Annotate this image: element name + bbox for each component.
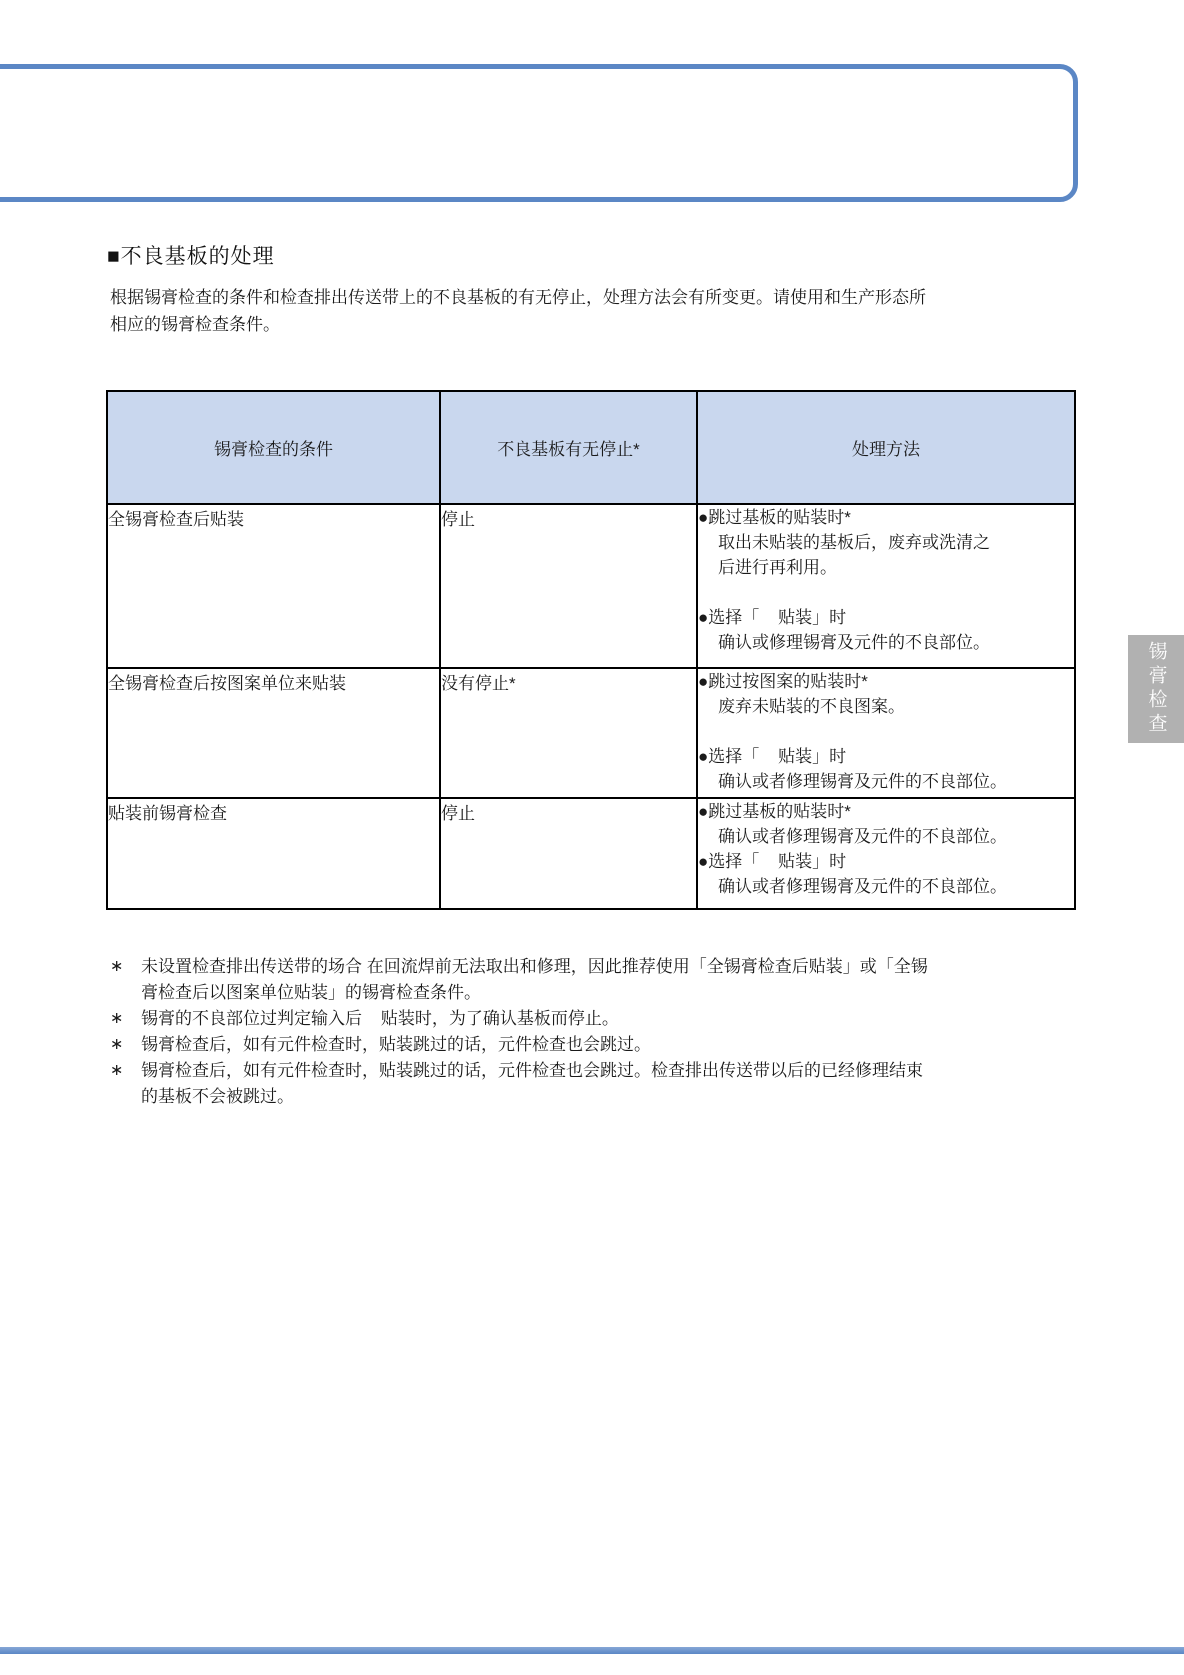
intro-line: 根据锡膏检查的条件和检查排出传送带上的不良基板的有无停止，处理方法会有所变更。请… (110, 284, 1020, 311)
text-line: 确认或修理锡膏及元件的不良部位。 (698, 630, 1074, 655)
text-line: ●选择「 贴装」时 (698, 744, 1074, 769)
cell-condition: 全锡膏检查后按图案单位来贴装 (107, 668, 440, 798)
text-line: ●跳过基板的贴装时* (698, 505, 1074, 530)
header-cell-stop: 不良基板有无停止* (440, 391, 697, 504)
text-line: 锡膏检查后，如有元件检查时，贴装跳过的话，元件检查也会跳过。 (141, 1032, 1026, 1058)
cell-stop: 停止 (440, 504, 697, 668)
footnote-item: ∗ 锡膏检查后，如有元件检查时，贴装跳过的话，元件检查也会跳过。 (110, 1032, 1026, 1058)
header-callout-box (0, 64, 1078, 202)
text-line: 确认或者修理锡膏及元件的不良部位。 (698, 874, 1074, 899)
text-line: 确认或者修理锡膏及元件的不良部位。 (698, 769, 1074, 794)
text-line: 废弃未贴装的不良图案。 (698, 694, 1074, 719)
intro-paragraph: 根据锡膏检查的条件和检查排出传送带上的不良基板的有无停止，处理方法会有所变更。请… (110, 284, 1020, 338)
text-line: 的基板不会被跳过。 (141, 1084, 1026, 1110)
section-heading: ■不良基板的处理 (107, 240, 275, 270)
text-line: 锡膏检查后，如有元件检查时，贴装跳过的话，元件检查也会跳过。检查排出传送带以后的… (141, 1058, 1026, 1084)
side-tab-solder-paste-inspection: 锡膏检查 (1128, 635, 1184, 743)
text-line: 锡膏的不良部位过判定输入后 贴装时，为了确认基板而停止。 (141, 1006, 1026, 1032)
cell-method: ●跳过基板的贴装时*取出未贴装的基板后，废弃或洗清之后进行再利用。 ●选择「 贴… (697, 504, 1075, 668)
cell-method: ●跳过基板的贴装时*确认或者修理锡膏及元件的不良部位。●选择「 贴装」时确认或者… (697, 798, 1075, 909)
text-line: ●跳过按图案的贴装时* (698, 669, 1074, 694)
cell-condition: 贴装前锡膏检查 (107, 798, 440, 909)
footnote-marker: ∗ (110, 1032, 141, 1058)
footnote-item: ∗ 未设置检查排出传送带的场合 在回流焊前无法取出和修理，因此推荐使用「全锡膏检… (110, 954, 1026, 1006)
footnote-marker: ∗ (110, 1058, 141, 1084)
footnote-text: 锡膏检查后，如有元件检查时，贴装跳过的话，元件检查也会跳过。 (141, 1032, 1026, 1058)
text-line: 未设置检查排出传送带的场合 在回流焊前无法取出和修理，因此推荐使用「全锡膏检查后… (141, 954, 1026, 980)
footnote-marker: ∗ (110, 954, 141, 980)
intro-line: 相应的锡膏检查条件。 (110, 311, 1020, 338)
side-tab-label: 锡膏检查 (1147, 641, 1166, 737)
text-line (698, 719, 1074, 744)
cell-method: ●跳过按图案的贴装时*废弃未贴装的不良图案。 ●选择「 贴装」时确认或者修理锡膏… (697, 668, 1075, 798)
footnote-text: 锡膏的不良部位过判定输入后 贴装时，为了确认基板而停止。 (141, 1006, 1026, 1032)
cell-stop: 没有停止* (440, 668, 697, 798)
manual-page: ■不良基板的处理 根据锡膏检查的条件和检查排出传送带上的不良基板的有无停止，处理… (0, 0, 1184, 1675)
footnote-text: 未设置检查排出传送带的场合 在回流焊前无法取出和修理，因此推荐使用「全锡膏检查后… (141, 954, 1026, 1006)
cell-stop: 停止 (440, 798, 697, 909)
text-line: ●跳过基板的贴装时* (698, 799, 1074, 824)
header-cell-condition: 锡膏检查的条件 (107, 391, 440, 504)
table-row: 贴装前锡膏检查 停止 ●跳过基板的贴装时*确认或者修理锡膏及元件的不良部位。●选… (107, 798, 1075, 909)
inspection-conditions-table: 锡膏检查的条件 不良基板有无停止* 处理方法 全锡膏检查后贴装 停止 ●跳过基板… (106, 390, 1076, 910)
table-header-row: 锡膏检查的条件 不良基板有无停止* 处理方法 (107, 391, 1075, 504)
table-row: 全锡膏检查后按图案单位来贴装 没有停止* ●跳过按图案的贴装时*废弃未贴装的不良… (107, 668, 1075, 798)
header-cell-method: 处理方法 (697, 391, 1075, 504)
text-line: 膏检查后以图案单位贴装」的锡膏检查条件。 (141, 980, 1026, 1006)
cell-condition: 全锡膏检查后贴装 (107, 504, 440, 668)
bottom-page-rule (0, 1647, 1184, 1654)
footnote-text: 锡膏检查后，如有元件检查时，贴装跳过的话，元件检查也会跳过。检查排出传送带以后的… (141, 1058, 1026, 1110)
footnote-marker: ∗ (110, 1006, 141, 1032)
footnotes: ∗ 未设置检查排出传送带的场合 在回流焊前无法取出和修理，因此推荐使用「全锡膏检… (110, 954, 1026, 1110)
footnote-item: ∗ 锡膏的不良部位过判定输入后 贴装时，为了确认基板而停止。 (110, 1006, 1026, 1032)
table-row: 全锡膏检查后贴装 停止 ●跳过基板的贴装时*取出未贴装的基板后，废弃或洗清之后进… (107, 504, 1075, 668)
footnote-item: ∗ 锡膏检查后，如有元件检查时，贴装跳过的话，元件检查也会跳过。检查排出传送带以… (110, 1058, 1026, 1110)
text-line: 后进行再利用。 (698, 555, 1074, 580)
text-line: ●选择「 贴装」时 (698, 849, 1074, 874)
text-line (698, 580, 1074, 605)
text-line: 取出未贴装的基板后，废弃或洗清之 (698, 530, 1074, 555)
text-line: ●选择「 贴装」时 (698, 605, 1074, 630)
text-line: 确认或者修理锡膏及元件的不良部位。 (698, 824, 1074, 849)
